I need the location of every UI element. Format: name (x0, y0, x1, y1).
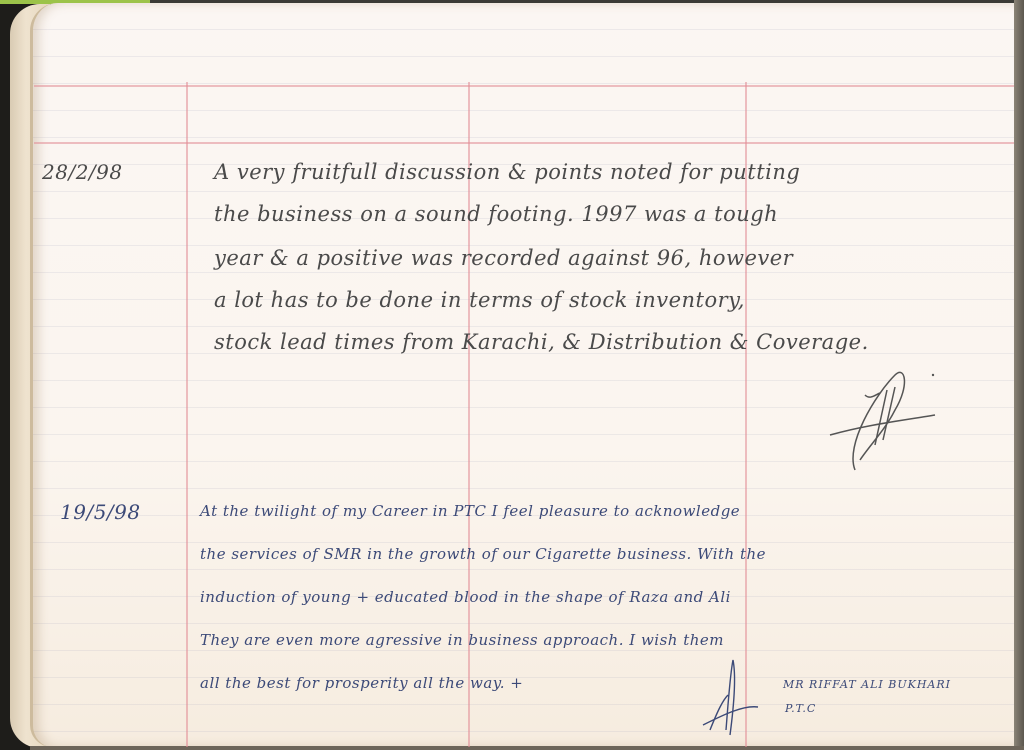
entry-1-line-1: A very fruitfull discussion & points not… (214, 160, 800, 184)
entry-2-date: 19/5/98 (60, 500, 141, 524)
entry-1-line-3: year & a positive was recorded against 9… (214, 246, 793, 270)
header-rule-top (34, 85, 1014, 87)
entry-1-line-5: stock lead times from Karachi, & Distrib… (214, 330, 869, 354)
bottom-edge (30, 746, 1024, 750)
entry-2-line-1: At the twilight of my Career in PTC I fe… (200, 502, 740, 520)
header-rule-bottom (34, 142, 1014, 144)
entry-1-date: 28/2/98 (42, 160, 123, 184)
entry-2-line-2: the services of SMR in the growth of our… (200, 545, 766, 563)
column-rule-1 (186, 82, 188, 747)
entry-1-line-4: a lot has to be done in terms of stock i… (214, 288, 745, 312)
signature-icon (825, 365, 945, 480)
signatory-org: P.T.C (785, 702, 816, 715)
entry-2-line-5: all the best for prosperity all the way.… (200, 674, 523, 692)
entry-2-line-3: induction of young + educated blood in t… (200, 588, 731, 606)
entry-1-line-2: the business on a sound footing. 1997 wa… (214, 202, 778, 226)
signatory-name: MR RIFFAT ALI BUKHARI (783, 678, 951, 691)
book-spine-edge (1014, 0, 1024, 750)
entry-2-line-4: They are even more agressive in business… (200, 631, 724, 649)
signature-2-icon (698, 655, 768, 740)
